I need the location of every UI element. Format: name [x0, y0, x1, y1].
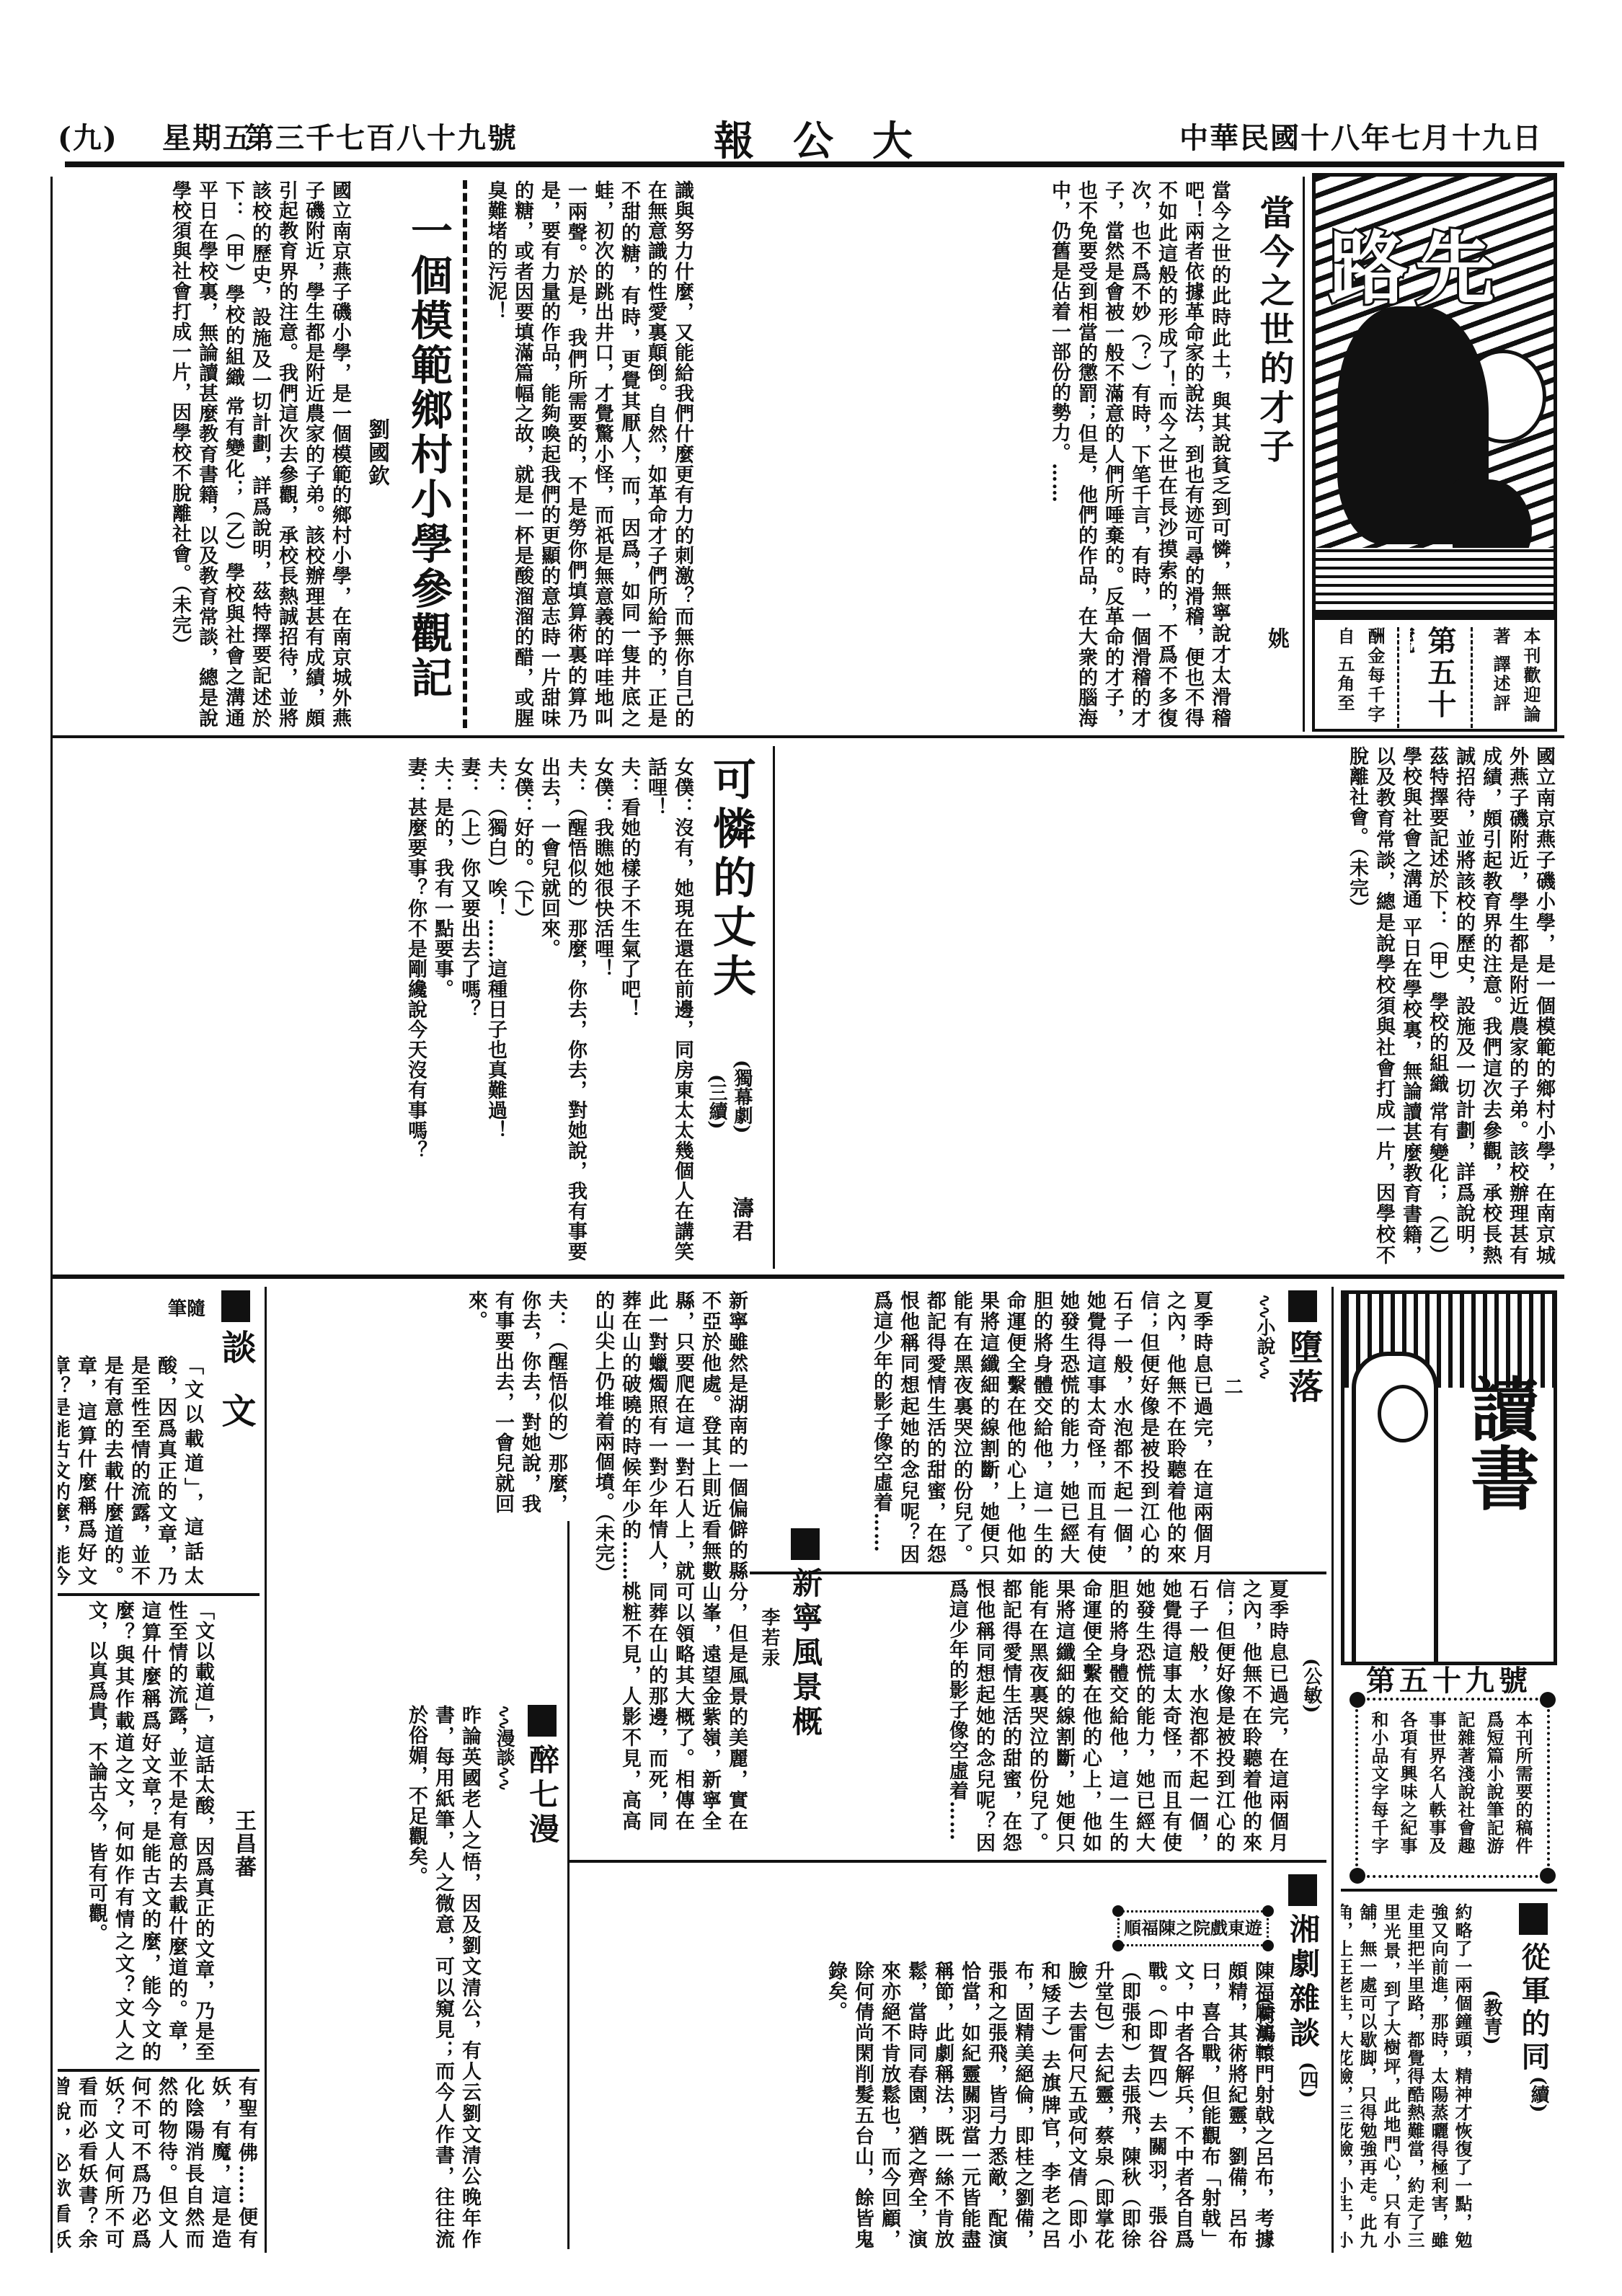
tanwen-lower-body: 有聖有佛……便有妖，有魔，這是造化陰陽消長自然而然的物待。但文人何不可不爲乃必爲…	[58, 2076, 260, 2249]
masthead-rule	[65, 161, 1564, 167]
xiangju-headline: 湘劇雜談	[1282, 1874, 1323, 2062]
section-rule	[570, 1860, 1326, 1863]
wavy-ornament: ∿∿	[495, 1705, 513, 1729]
xiangju-installment: (四)	[1295, 2062, 1319, 2105]
section-rule	[1341, 1889, 1557, 1892]
section-marker-icon	[791, 1528, 820, 1560]
tanwen-body-continued: 「文以載道」，這話太酸，因爲真正的文章，乃是至性至情的流露，並不是有意的去載什麼…	[58, 1600, 216, 2062]
column-divider	[567, 1521, 570, 2249]
caizi-headline: 當今之世的才子	[1244, 195, 1294, 598]
school-author: 劉國欽	[360, 418, 389, 512]
ground-graphic	[1316, 548, 1554, 613]
duoluo-title: 墮落	[1282, 1329, 1323, 1407]
xiangju-body: 陳福順演轅門射戟之呂布，考據頗精，其術將紀靈，劉備，呂布曰，喜合戰，但能觀布「射…	[570, 1961, 1276, 2249]
congjun-installment: (續)	[1525, 2076, 1550, 2119]
duoluo-tag: ∿∿小說∿∿	[1251, 1294, 1276, 1380]
xianlu-info-box: 本刊歡迎論著 譯述評論文藝 第五十號 酬金每千字自 五角至二元	[1312, 616, 1557, 732]
husband-headline: 可憐的丈夫	[702, 757, 757, 1045]
congjun-author: (教青)	[1479, 1990, 1503, 2062]
column-divider	[1331, 1287, 1334, 2253]
school-body: 國立南京燕子磯小學，是一個模範的鄉村小學，在南京城外燕子磯附近，學生都是附近農家…	[65, 180, 353, 728]
corner-dot	[1350, 1692, 1365, 1708]
section-marker-icon	[221, 1290, 250, 1322]
dialogue-line: 妻：（上）你又要出去了嗎？	[456, 757, 482, 1262]
wavy-ornament: ∿∿	[1255, 1355, 1274, 1379]
wavy-ornament: ∿∿	[1255, 1294, 1274, 1318]
tanwen-tag: 隨筆	[141, 1298, 205, 1348]
wavy-divider	[1471, 627, 1476, 728]
tanwen-title: 談文	[216, 1329, 256, 1456]
caizi-author: 姚	[1260, 627, 1289, 670]
dialogue-line: 妻：甚麼要事？你不是剛纔說今天沒有事嗎？	[402, 757, 429, 1262]
dialogue-line: 夫：是的，我有一點要事。	[429, 757, 456, 1262]
xiangju-title: 湘劇雜談	[1285, 1913, 1321, 2052]
xinning-body: 新寧雖然是湖南的一個偏僻的縣分，但是風景的美麗，實在不亞於他處。登其上則近看無數…	[577, 1290, 750, 1831]
masthead-issue: 第三千七百八十九號	[245, 115, 518, 156]
reader-figure-graphic	[1352, 1352, 1438, 1665]
reading-section-title: 讀書	[1460, 1373, 1539, 1647]
section-marker-icon	[528, 1705, 557, 1737]
section-rule-heavy	[50, 1275, 1564, 1279]
section-marker-icon	[1519, 1903, 1548, 1935]
corner-dot	[1540, 1692, 1556, 1708]
xiangju-box-label: 遊東戲院之陳福順	[1120, 1912, 1267, 1944]
wavy-ornament: ∿∿	[495, 1766, 513, 1790]
congjun-headline: 從軍的同僚	[1510, 1903, 1554, 2076]
masthead: 中華民國十八年七月十九日 大公報 第三千七百八十九號 星期五 (九)	[50, 108, 1572, 173]
column-divider	[265, 1287, 267, 2253]
dialogue-line: 女僕：好的。（下）	[509, 757, 536, 1262]
section-marker-icon	[1288, 1290, 1317, 1322]
duoluo-tag-label: 小說	[1254, 1318, 1275, 1355]
masthead-weekday: 星期五	[162, 115, 253, 156]
zuiqi-body: 昨論英國老人之悟，因及劉文清公，有人云劉文清公晚年作書，每用紙筆，人之微意，可以…	[267, 1705, 483, 2249]
reading-notice: 本刊所需要的稿件爲短篇小說筆記游記雜著淺說社會趣事世界名人軼事及各項有興味之紀事…	[1364, 1711, 1537, 1869]
dialogue-line: 夫：看她的樣子不生氣了吧！	[616, 757, 642, 1262]
dialogue-line: 女僕：沒有，她現在還在前邊，同房東太太幾個人在講笑話哩！	[642, 757, 696, 1262]
corner-dot	[1350, 1868, 1365, 1884]
newspaper-page: 中華民國十八年七月十九日 大公報 第三千七百八十九號 星期五 (九) 先路 本刊…	[50, 108, 1572, 2264]
zuiqi-headline: 醉七漫談	[522, 1705, 562, 1863]
school-headline: 一個模範鄉村小學參觀記	[399, 209, 454, 728]
congjun-body: 約略了一兩個鐘頭，精神才恢復了一點，勉強又向前進，那時，太陽蒸曬得極利害，雖走里…	[1341, 1903, 1474, 2249]
masthead-date: 中華民國十八年七月十九日	[1179, 115, 1543, 156]
xianlu-illustration: 先路	[1312, 173, 1557, 616]
husband-author: 濤君	[724, 1197, 753, 1262]
xianlu-title: 先路	[1329, 205, 1502, 319]
info-payment: 酬金每千字自 五角至二元	[1325, 627, 1390, 728]
corner-dot	[1262, 1905, 1274, 1917]
info-call: 本刊歡迎論著 譯述評論文藝	[1481, 627, 1546, 728]
tanwen-author: 王昌蕃	[230, 1809, 256, 1896]
dialogue-line: 夫：（醒悟似的）那麼，你去，你去，對她說，我有事要出去，一會兒就回來。	[536, 757, 589, 1262]
duoluo-author: (公敏)	[1298, 1658, 1323, 1730]
column-divider	[773, 746, 775, 1269]
corner-dot	[1540, 1868, 1556, 1884]
duoluo-body: 夏季時息已過完，在這兩個月之內，他無不在聆聽着他的來信；但便好像是被投到江心的石…	[757, 1290, 1215, 1564]
husband-dialogue: 女僕：沒有，她現在還在前邊，同房東太太幾個人在講笑話哩！ 夫：看她的樣子不生氣了…	[61, 757, 696, 1262]
page-number: (九)	[58, 115, 118, 156]
husband-installment: (三續)	[704, 1074, 728, 1161]
tanwen-tag-label: 隨筆	[168, 1298, 205, 1320]
reading-illustration: 讀書	[1341, 1290, 1557, 1665]
section-rule	[58, 2069, 260, 2072]
duoluo-headline: 墮落	[1280, 1290, 1323, 1507]
wavy-divider	[1397, 627, 1403, 728]
section-marker-icon	[1288, 1874, 1317, 1906]
tanwen-body: 「文以載道」，這話太酸，因爲真正的文章，乃是至性至情的流露，並不是有意的去載什麼…	[58, 1355, 205, 1586]
zuiqi-tag: ∿∿漫談∿∿	[491, 1705, 515, 1791]
xiangju-box-title: 遊東戲院之陳福順	[1117, 1910, 1269, 1946]
corner-dot	[1112, 1905, 1124, 1917]
dialogue-line: 夫：（獨白）唉！……這種日子也真難過！	[482, 757, 509, 1262]
xinning-author: 李若汞	[756, 1608, 782, 1687]
tanwen-headline: 談文	[213, 1290, 256, 1485]
xinning-title: 新寧風景概述	[785, 1528, 823, 1740]
school-body-continued: 國立南京燕子磯小學，是一個模範的鄉村小學，在南京城外燕子磯附近，學生都是附近農家…	[779, 746, 1557, 1265]
duoluo-chapter: 二	[1219, 1377, 1244, 1413]
corner-dot	[1112, 1940, 1124, 1951]
column-divider	[1303, 177, 1305, 732]
school-body-top: 識與努力什麼，又能給我們什麼更有力的刺激？而無你自己的在無意識的性愛裏顛倒。自然…	[479, 180, 696, 728]
dashed-divider	[463, 180, 469, 728]
tanwen-upper-continued: 夫：（醒悟似的）那麼，你去，你去，對她說，我有事要出去，一會兒就回來。	[274, 1290, 570, 1514]
newspaper-title: 大公報	[714, 110, 952, 167]
corner-dot	[1262, 1940, 1274, 1951]
duoluo-body-continued: 夏季時息已過完，在這兩個月之內，他無不在聆聽着他的來信；但便好像是被投到江心的石…	[757, 1579, 1290, 1853]
caizi-body: 當今之世的此時此土，與其說貧乏到可憐，無寧說才太滑稽吧！兩者依據革命家的說法，到…	[706, 180, 1233, 728]
section-rule	[50, 735, 1564, 738]
reading-notice-box: 本刊所需要的稿件爲短篇小說筆記游記雜著淺說社會趣事世界名人軼事及各項有興味之紀事…	[1355, 1698, 1550, 1878]
reader-face-graphic	[1378, 1385, 1428, 1442]
section-rule	[750, 1572, 1326, 1574]
husband-genre: (獨幕劇)	[729, 1060, 753, 1175]
section-rule	[58, 1593, 260, 1596]
zuiqi-tag-label: 漫談	[493, 1729, 515, 1766]
reading-issue-number: 第五十九號	[1341, 1658, 1557, 1701]
info-issue-number: 第五十號	[1410, 626, 1461, 732]
dialogue-line: 女僕：我瞧她很快活哩！	[589, 757, 616, 1262]
left-margin-rule	[50, 177, 53, 2253]
xinning-headline: 新寧風景概述	[785, 1528, 825, 1745]
